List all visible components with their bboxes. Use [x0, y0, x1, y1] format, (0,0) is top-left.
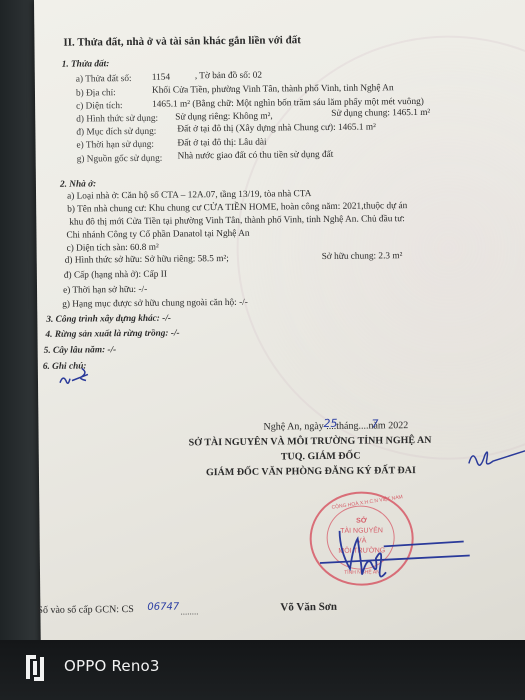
usage-private: Sử dụng riêng: Không m², [175, 112, 273, 123]
handwritten-initials [56, 364, 96, 388]
purpose-label: đ) Mục đích sử dụng: [76, 127, 156, 138]
house-heading: 2. Nhà ở: [60, 179, 96, 189]
map-sheet: , Tờ bản đồ số: 02 [195, 71, 262, 82]
ownership-private: d) Hình thức sở hữu: Sở hữu riêng: 58.5 … [65, 254, 229, 266]
production-forest: 4. Rừng sản xuất là rừng trồng: -/- [45, 328, 179, 339]
term-value: Đất ở tại đô thị: Lâu dài [177, 138, 266, 149]
handwritten-month: 7 [371, 417, 378, 430]
house-grade: đ) Cấp (hạng nhà ở): Cấp II [64, 270, 167, 281]
handwritten-day: 25 [323, 417, 337, 430]
section-title: II. Thửa đất, nhà ở và tài sản khác gắn … [63, 34, 301, 48]
director-signature [319, 515, 470, 587]
signer-name: Võ Văn Sơn [280, 601, 337, 614]
origin-label: g) Nguồn gốc sử dụng: [77, 154, 163, 165]
usage-form-label: d) Hình thức sử dụng: [76, 114, 158, 125]
tuq-label: TUQ. GIÁM ĐỐC [281, 451, 361, 463]
perennial-trees: 5. Cây lâu năm: -/- [44, 345, 117, 356]
camera-watermark: OPPO Reno3 [64, 657, 160, 675]
purpose-value: Đất ở tại đô thị (Xây dựng nhà Chung cư)… [177, 122, 376, 134]
certificate-page: II. Thửa đất, nhà ở và tài sản khác gắn … [34, 0, 525, 660]
building-name-line3: Chi nhánh Công ty Cổ phần Danatol tại Ng… [66, 229, 249, 241]
parcel-label: a) Thửa đất số: [76, 74, 132, 85]
area-label: c) Diện tích: [76, 101, 123, 111]
registry-dots: ........ [180, 606, 198, 616]
registry-number: 06747 [147, 602, 179, 613]
handwritten-mark [464, 435, 525, 476]
floor-area: c) Diện tích sàn: 60.8 m² [67, 243, 159, 254]
ownership-common: Sở hữu chung: 2.3 m² [322, 251, 403, 262]
shared-items: g) Hạng mục được sở hữu chung ngoài căn … [62, 298, 248, 310]
registry-label: Số vào sổ cấp GCN: CS [37, 604, 134, 616]
ownership-term: e) Thời hạn sở hữu: -/- [63, 285, 147, 296]
other-construction: 3. Công trình xây dựng khác: -/- [46, 314, 171, 325]
origin-value: Nhà nước giao đất có thu tiền sử dụng đấ… [178, 150, 334, 162]
office-title: GIÁM ĐỐC VĂN PHÒNG ĐĂNG KÝ ĐẤT ĐAI [206, 465, 416, 478]
term-label: e) Thời hạn sử dụng: [76, 140, 154, 151]
parcel-number: 1154 [152, 73, 170, 83]
address-label: b) Địa chỉ: [76, 88, 116, 98]
usage-common: Sử dụng chung: 1465.1 m² [331, 108, 430, 119]
land-heading: 1. Thửa đất: [62, 59, 110, 69]
background-left [0, 0, 40, 700]
camera-brand-icon [24, 653, 46, 681]
